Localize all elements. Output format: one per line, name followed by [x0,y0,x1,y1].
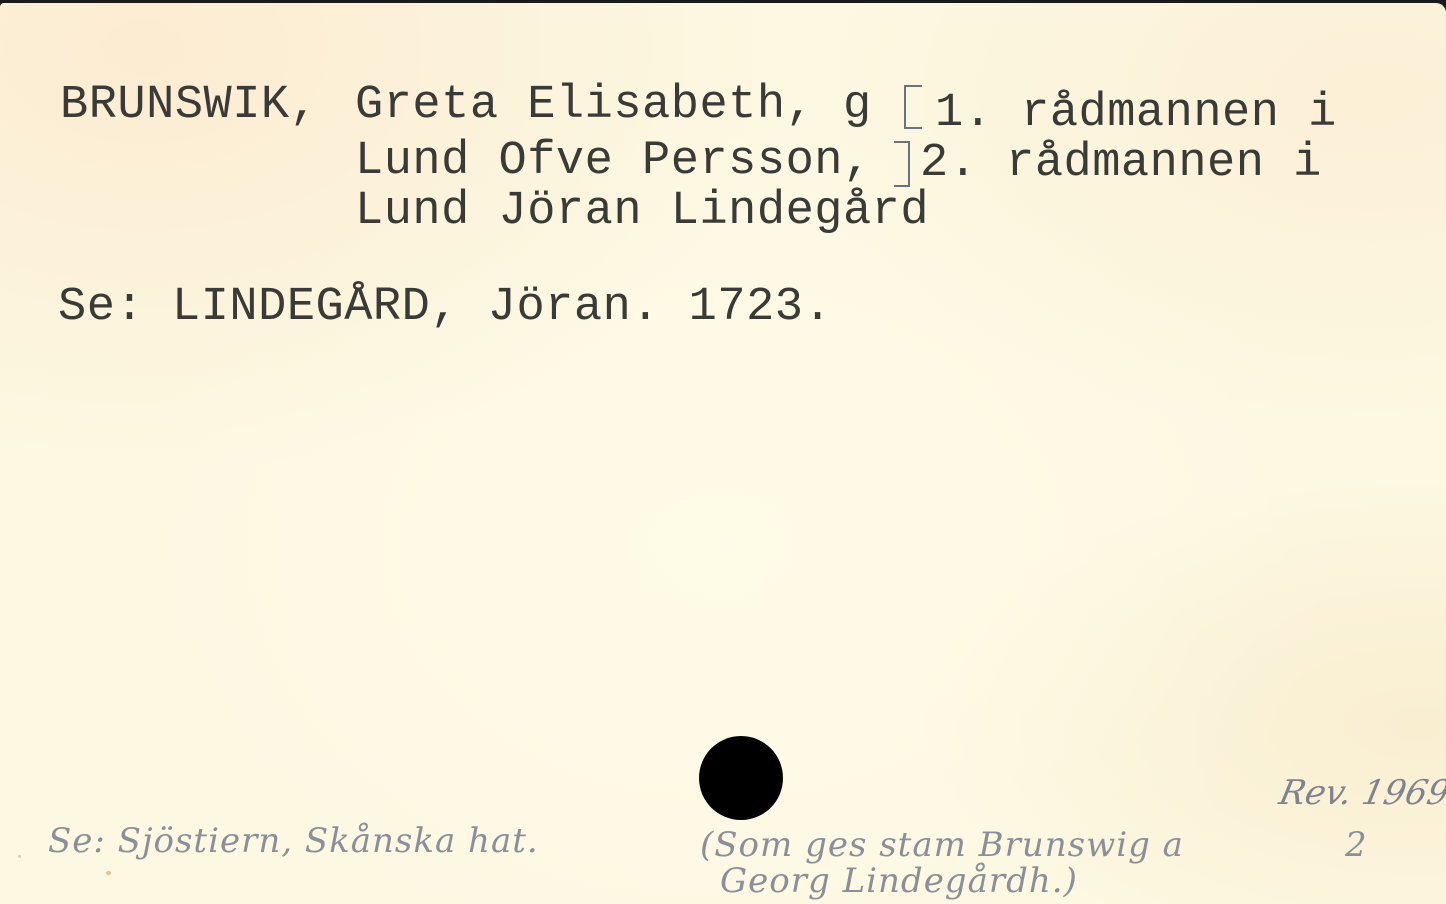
first-marriage: 1. rådmannen i [935,89,1337,139]
punch-hole [699,736,783,820]
handwritten-note-part1: Se: Sjöstiern, Skånska hat. [48,821,539,861]
see-label: Se: [58,283,144,333]
second-spouse: Lund Jöran Lindegård [355,187,929,237]
index-card: BRUNSWIK, Greta Elisabeth, g 1. rådmanne… [0,3,1446,904]
second-marriage: 2. rådmannen i [920,139,1322,189]
cross-reference: Se: LINDEGÅRD, Jöran. 1723. [0,3,115,203]
handwritten-note-line2: Georg Lindegårdh.) [720,861,1078,901]
stain-speck [106,871,111,875]
first-spouse: Lund Ofve Persson, [355,137,872,187]
stain-speck [18,855,21,858]
handwritten-note-part2: (Som ges stam Brunswig a [700,825,1184,865]
card-heading: BRUNSWIK, Greta Elisabeth, g 1. rådmanne… [0,3,1446,263]
handwritten-note-part3: 2 [1345,825,1368,865]
revision-mark: Rev. 1969 [1276,773,1446,813]
bracket-mark-bottom [894,141,910,187]
see-target: LINDEGÅRD, Jöran. 1723. [172,283,832,333]
bracket-mark-top [904,85,922,129]
given-names: Greta Elisabeth, g [355,81,872,131]
